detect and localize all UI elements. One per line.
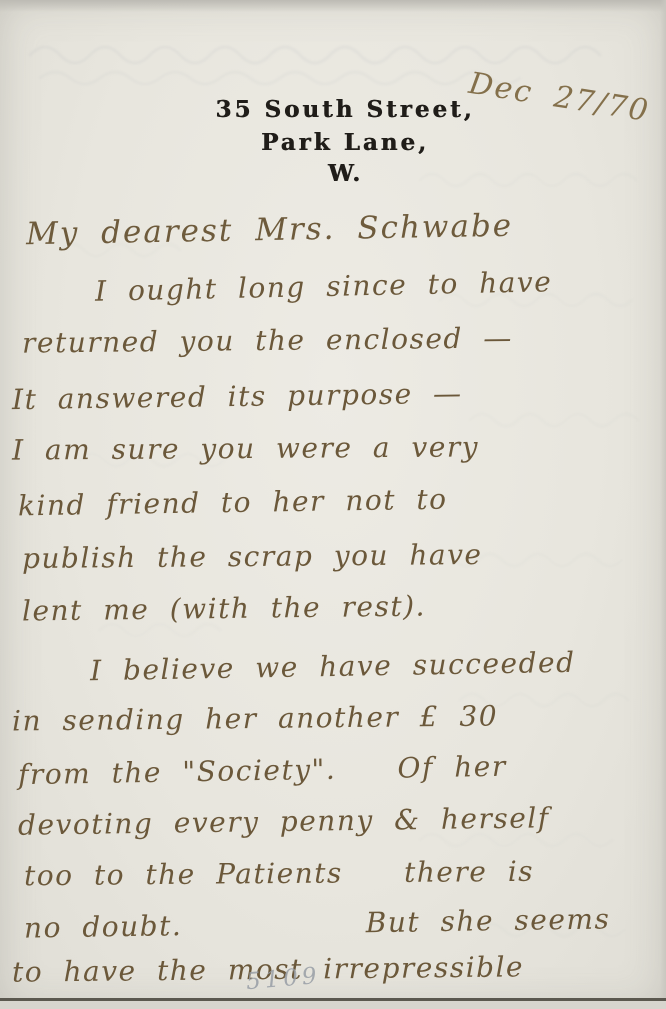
handwritten-line: publish the scrap you have [22, 538, 483, 575]
handwritten-line: I am sure you were a very [12, 430, 479, 466]
handwritten-line: returned you the enclosed — [22, 321, 513, 359]
scan-edge-top [0, 0, 666, 12]
scan-edge-bottom [0, 998, 666, 1009]
scan-edge-right [660, 0, 666, 1009]
handwritten-line: It answered its purpose — [12, 377, 463, 416]
letter-page: 35 South Street, Park Lane, W. Dec 27/70… [0, 0, 666, 1009]
letterhead: 35 South Street, Park Lane, W. [195, 96, 495, 187]
letterhead-street: 35 South Street, [195, 96, 495, 123]
handwritten-line: in sending her another £ 30 [12, 699, 498, 737]
handwritten-line: kind friend to her not to [18, 483, 448, 523]
handwritten-line: lent me (with the rest). [22, 590, 426, 628]
handwritten-line: too to the Patients there is [24, 855, 534, 892]
letterhead-postal: W. [195, 160, 495, 187]
letterhead-district: Park Lane, [195, 129, 495, 156]
